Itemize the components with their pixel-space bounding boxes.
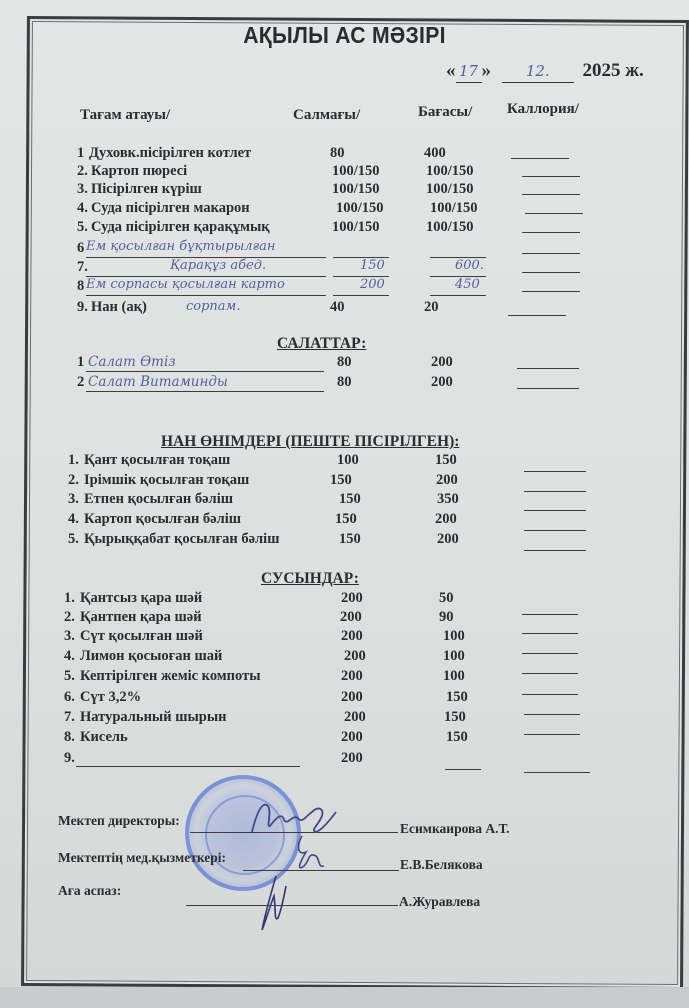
menu-document: АҚЫЛЫ АС МӘЗІРІ «17» 12. 2025 ж. Тағам а… (0, 0, 689, 1008)
medic-signature (299, 836, 324, 868)
chef-signature (262, 876, 286, 930)
handwritten-signatures (0, 0, 689, 1008)
director-signature (252, 805, 336, 832)
